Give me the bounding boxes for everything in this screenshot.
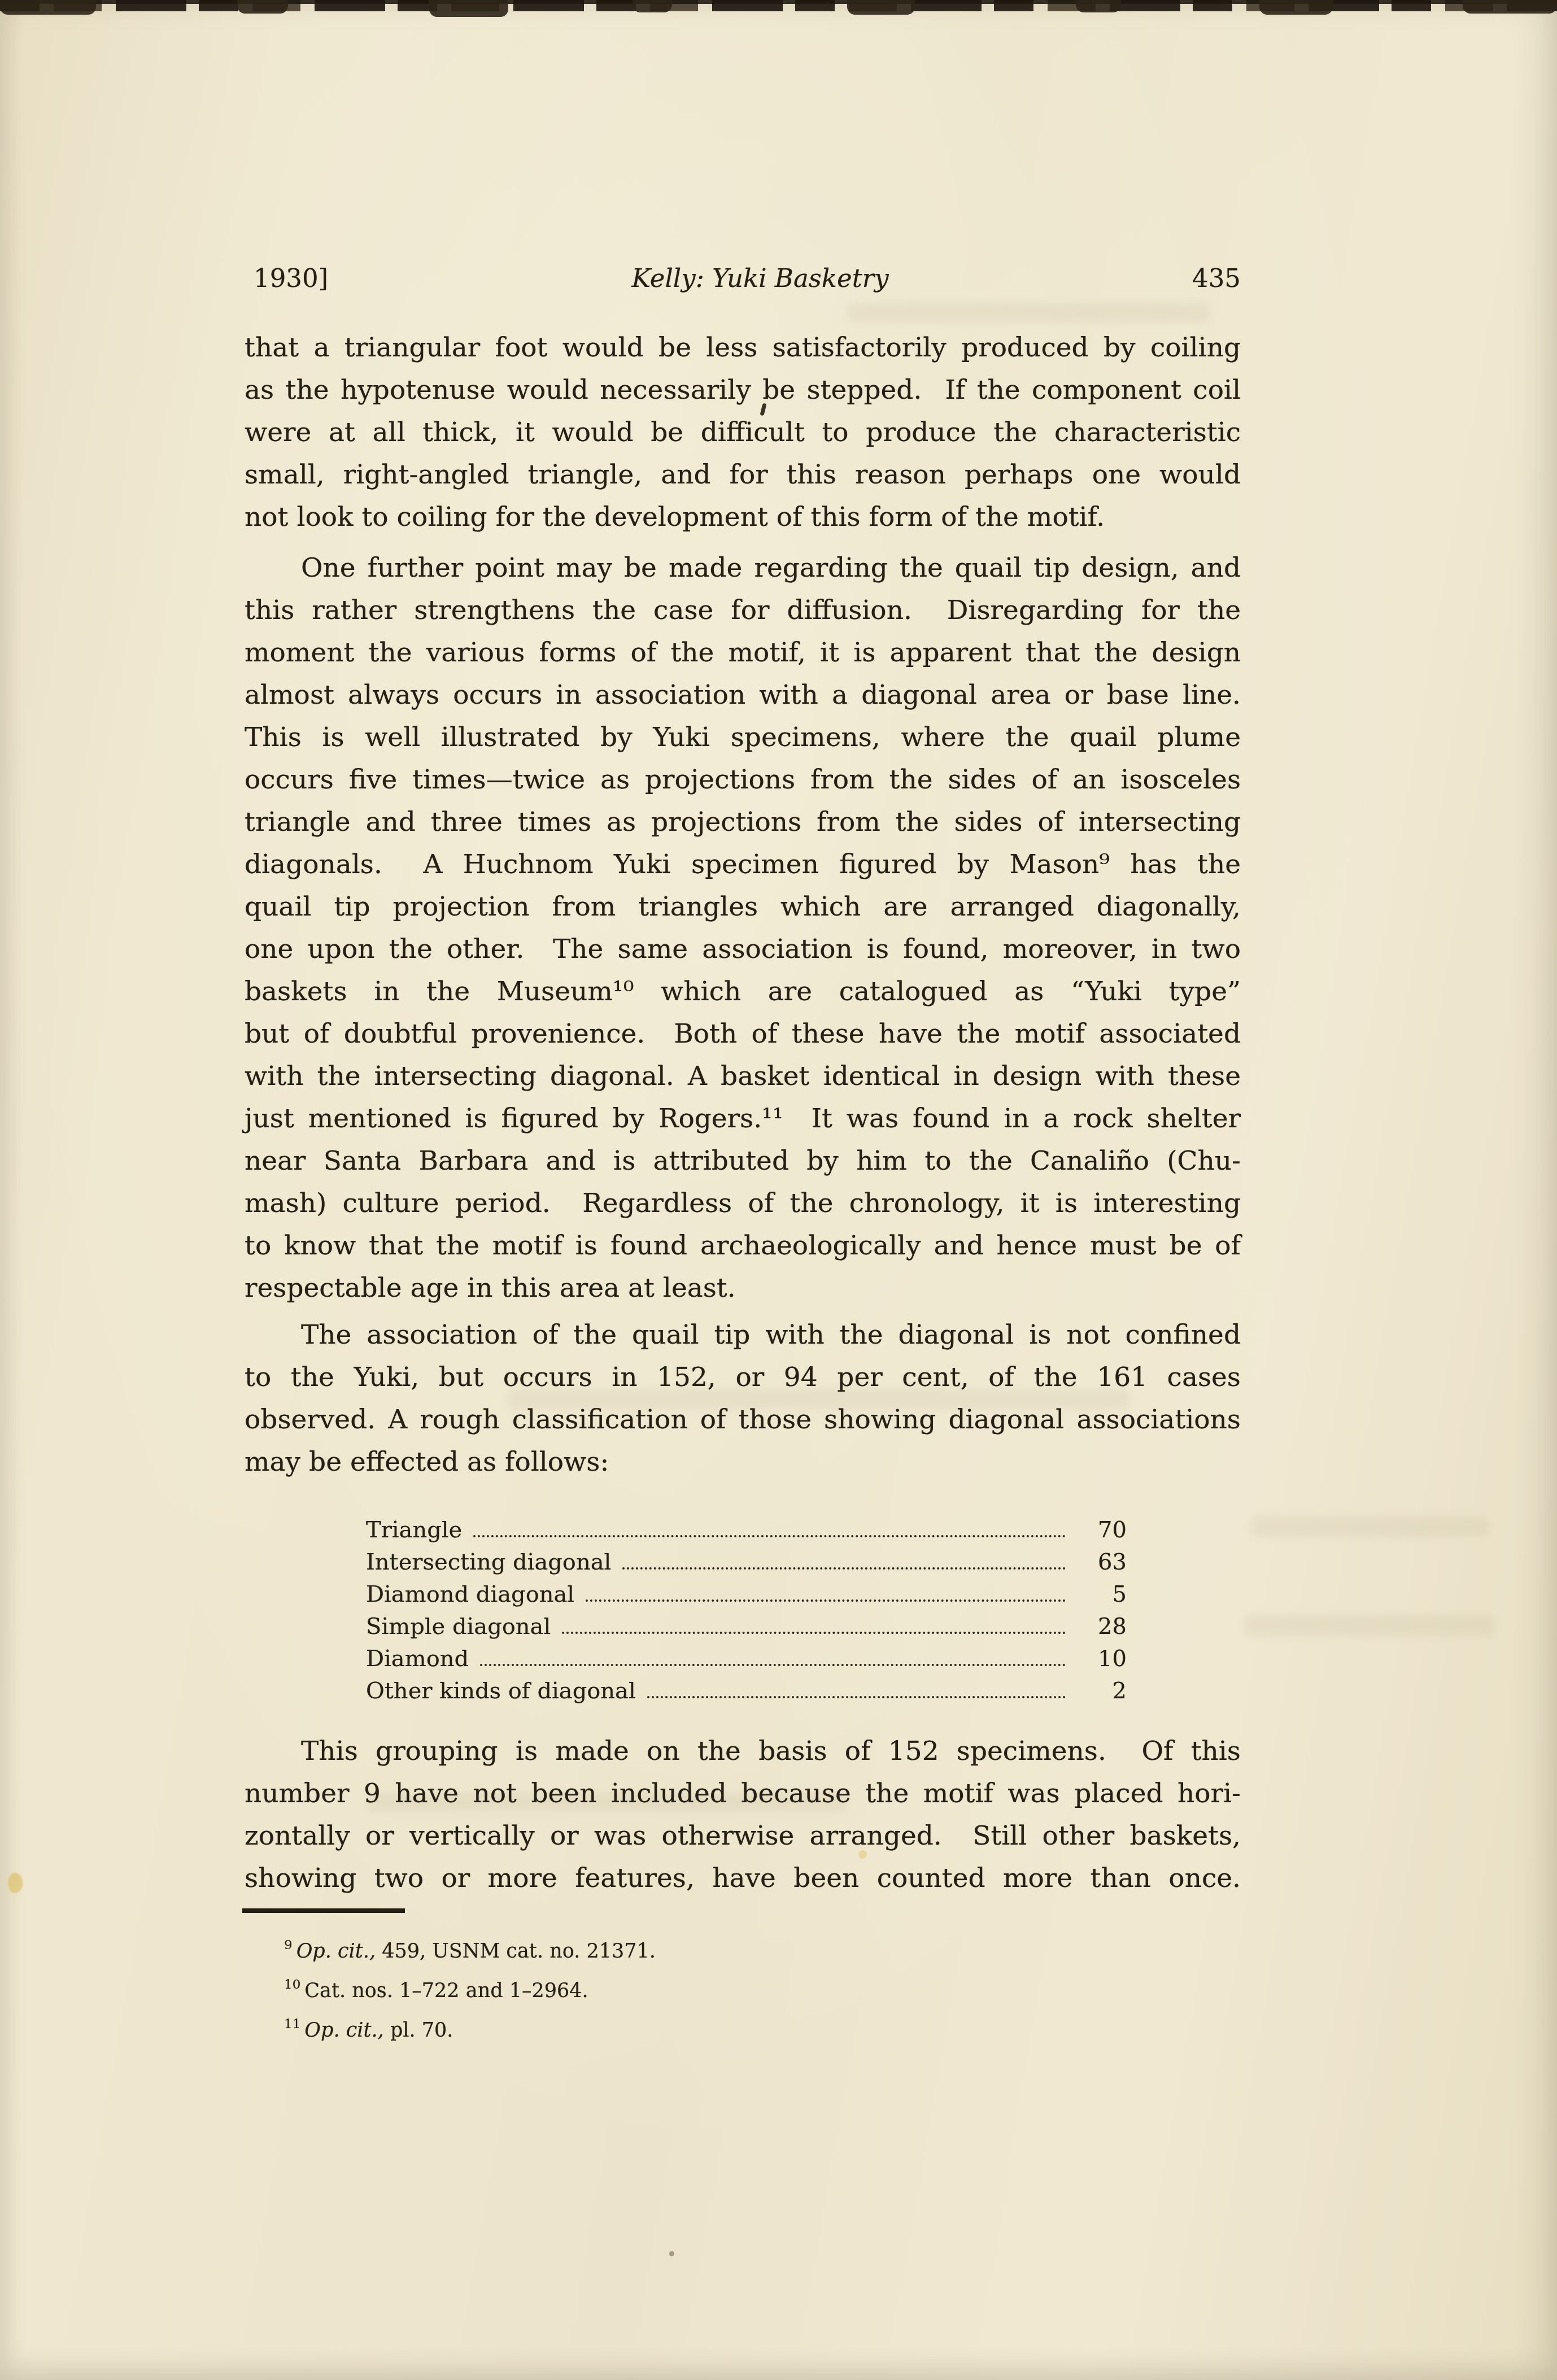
text-line: observed. A rough classification of thos… xyxy=(245,1398,1241,1441)
dotted-leader xyxy=(586,1599,1066,1602)
dotted-leader xyxy=(480,1664,1066,1666)
list-item: Intersecting diagonal 63 xyxy=(366,1546,1127,1579)
text-line: to the Yuki, but occurs in 152, or 94 pe… xyxy=(245,1356,1241,1398)
text-line: almost always occurs in association with… xyxy=(245,674,1241,716)
list-item: Other kinds of diagonal 2 xyxy=(366,1675,1127,1707)
text-line: as the hypotenuse would necessarily be s… xyxy=(245,369,1241,411)
text-line: moment the various forms of the motif, i… xyxy=(245,631,1241,674)
paragraph-1: that a triangular foot would be less sat… xyxy=(245,326,1241,538)
classification-list: Triangle 70 Intersecting diagonal 63 Dia… xyxy=(366,1514,1127,1707)
text-line: may be effected as follows: xyxy=(245,1441,1241,1483)
footnote: 9Op. cit., 459, USNM cat. no. 21371. xyxy=(284,1929,1241,1968)
list-item-label: Triangle xyxy=(366,1514,462,1546)
footnote-marker: 10 xyxy=(284,1977,300,1992)
text-line: number 9 have not been included because … xyxy=(245,1772,1241,1815)
text-line: near Santa Barbara and is attributed by … xyxy=(245,1140,1241,1182)
text-line: This grouping is made on the basis of 15… xyxy=(245,1730,1241,1772)
text-line: respectable age in this area at least. xyxy=(245,1267,1241,1309)
list-item-label: Simple diagonal xyxy=(366,1611,551,1643)
show-through-smudge xyxy=(1251,1516,1488,1537)
text-line: zontally or vertically or was otherwise … xyxy=(245,1815,1241,1857)
text-line: to know that the motif is found archaeol… xyxy=(245,1224,1241,1267)
header-year: 1930] xyxy=(245,264,328,293)
text-line: but of doubtful provenience. Both of the… xyxy=(245,1013,1241,1055)
footnote-italic-text: Op. cit., xyxy=(296,1940,376,1963)
dotted-leader xyxy=(622,1567,1066,1570)
torn-edge-blob xyxy=(1463,0,1557,14)
footnotes: 9Op. cit., 459, USNM cat. no. 21371. 10C… xyxy=(284,1929,1241,2047)
text-line: mash) culture period. Regardless of the … xyxy=(245,1182,1241,1224)
text-line: with the intersecting diagonal. A basket… xyxy=(245,1055,1241,1097)
list-item: Triangle 70 xyxy=(366,1514,1127,1546)
text-column: 1930] Kelly: Yuki Basketry 435 that a tr… xyxy=(245,0,1241,2047)
paragraph-3: The association of the quail tip with th… xyxy=(245,1314,1241,1483)
list-item-count: 70 xyxy=(1075,1514,1127,1546)
list-item-label: Intersecting diagonal xyxy=(366,1546,611,1579)
list-item-count: 63 xyxy=(1075,1546,1127,1579)
text-line: One further point may be made regarding … xyxy=(245,547,1241,589)
dotted-leader xyxy=(647,1696,1066,1698)
footnote-text: pl. 70. xyxy=(384,2019,453,2042)
footnote-text: 459, USNM cat. no. 21371. xyxy=(376,1940,656,1963)
paragraph-4: This grouping is made on the basis of 15… xyxy=(245,1730,1241,1899)
footnote-marker: 11 xyxy=(284,2017,300,2032)
list-item-label: Other kinds of diagonal xyxy=(366,1675,636,1707)
list-item-count: 2 xyxy=(1075,1675,1127,1707)
list-item-count: 28 xyxy=(1075,1611,1127,1643)
footnote-marker: 9 xyxy=(284,1938,293,1952)
text-line: just mentioned is figured by Rogers.¹¹ I… xyxy=(245,1097,1241,1140)
torn-edge-blob xyxy=(0,0,96,15)
footnote: 11Op. cit., pl. 70. xyxy=(284,2008,1241,2047)
scanned-page: 1930] Kelly: Yuki Basketry 435 that a tr… xyxy=(0,0,1557,2380)
torn-edge-blob xyxy=(1259,0,1333,15)
show-through-smudge xyxy=(1245,1615,1494,1636)
text-line: occurs five times—twice as projections f… xyxy=(245,759,1241,801)
text-line: quail tip projection from triangles whic… xyxy=(245,886,1241,928)
header-page-number: 435 xyxy=(1192,264,1241,293)
list-item-count: 10 xyxy=(1075,1643,1127,1675)
list-item-count: 5 xyxy=(1075,1579,1127,1611)
header-title: Kelly: Yuki Basketry xyxy=(631,264,888,293)
text-line: that a triangular foot would be less sat… xyxy=(245,326,1241,369)
footnote-italic-text: Op. cit., xyxy=(304,2019,383,2042)
paper-speck xyxy=(669,2251,674,2256)
footnote-text: Cat. nos. 1–722 and 1–2964. xyxy=(304,1980,588,2002)
list-item-label: Diamond xyxy=(366,1643,469,1675)
paper-stain xyxy=(8,1873,23,1893)
text-line: this rather strengthens the case for dif… xyxy=(245,589,1241,631)
list-item: Simple diagonal 28 xyxy=(366,1611,1127,1643)
text-line: small, right-angled triangle, and for th… xyxy=(245,454,1241,496)
list-item: Diamond 10 xyxy=(366,1643,1127,1675)
dotted-leader xyxy=(473,1535,1066,1537)
footnote-separator-rule xyxy=(242,1908,405,1913)
text-line: showing two or more features, have been … xyxy=(245,1857,1241,1899)
list-item-label: Diamond diagonal xyxy=(366,1579,574,1611)
text-line: not look to coiling for the development … xyxy=(245,496,1241,538)
text-line: were at all thick, it would be difficult… xyxy=(245,411,1241,454)
footnote: 10Cat. nos. 1–722 and 1–2964. xyxy=(284,1968,1241,2008)
running-header: 1930] Kelly: Yuki Basketry 435 xyxy=(245,264,1241,293)
text-line: baskets in the Museum¹⁰ which are catalo… xyxy=(245,970,1241,1013)
text-line: This is well illustrated by Yuki specime… xyxy=(245,716,1241,759)
text-line: triangle and three times as projections … xyxy=(245,801,1241,843)
list-item: Diamond diagonal 5 xyxy=(366,1579,1127,1611)
text-line: The association of the quail tip with th… xyxy=(245,1314,1241,1356)
text-line: one upon the other. The same association… xyxy=(245,928,1241,970)
paragraph-2: One further point may be made regarding … xyxy=(245,547,1241,1309)
dotted-leader xyxy=(562,1632,1066,1634)
text-line: diagonals. A Huchnom Yuki specimen figur… xyxy=(245,843,1241,886)
